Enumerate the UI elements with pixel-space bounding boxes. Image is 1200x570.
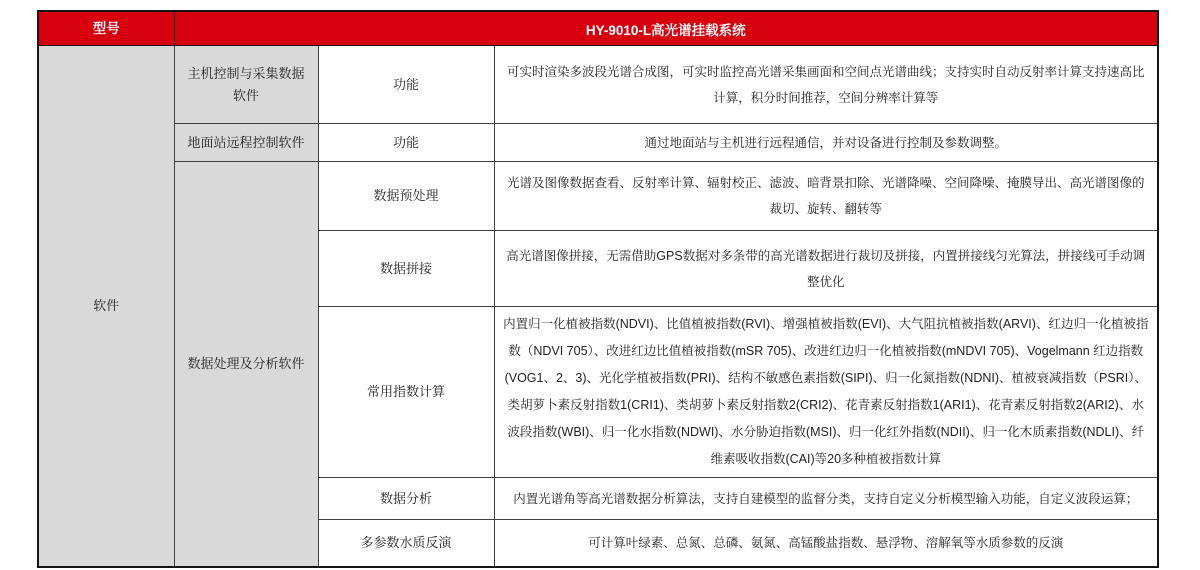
system-title-cell: HY-9010-L高光谱挂载系统 <box>174 11 1158 46</box>
item-cell-water-quality: 多参数水质反演 <box>318 520 494 567</box>
item-cell-preprocessing: 数据预处理 <box>318 162 494 231</box>
group-cell-data-processing: 数据处理及分析软件 <box>174 162 318 567</box>
desc-cell-stitching: 高光谱图像拼接，无需借助GPS数据对多条带的高光谱数据进行裁切及拼接，内置拼接线… <box>494 231 1158 307</box>
desc-cell-index-calculation: 内置归一化植被指数(NDVI)、比值植被指数(RVI)、增强植被指数(EVI)、… <box>494 307 1158 478</box>
desc-cell-ground-station: 通过地面站与主机进行远程通信，并对设备进行控制及参数调整。 <box>494 124 1158 162</box>
item-cell-index-calculation: 常用指数计算 <box>318 307 494 478</box>
document-page: 型号 HY-9010-L高光谱挂载系统 软件 主机控制与采集数据软件 功能 可实… <box>0 0 1200 570</box>
table-header-row: 型号 HY-9010-L高光谱挂载系统 <box>38 11 1158 46</box>
table-row: 软件 主机控制与采集数据软件 功能 可实时渲染多波段光谱合成图，可实时监控高光谱… <box>38 46 1158 124</box>
desc-cell-data-analysis: 内置光谱角等高光谱数据分析算法，支持自建模型的监督分类，支持自定义分析模型输入功… <box>494 478 1158 520</box>
desc-cell-water-quality: 可计算叶绿素、总氮、总磷、氨氮、高锰酸盐指数、悬浮物、溶解氧等水质参数的反演 <box>494 520 1158 567</box>
function-cell-ground: 功能 <box>318 124 494 162</box>
function-cell-host: 功能 <box>318 46 494 124</box>
group-cell-host-control: 主机控制与采集数据软件 <box>174 46 318 124</box>
desc-cell-preprocessing: 光谱及图像数据查看、反射率计算、辐射校正、滤波、暗背景扣除、光谱降噪、空间降噪、… <box>494 162 1158 231</box>
desc-cell-host-control: 可实时渲染多波段光谱合成图，可实时监控高光谱采集画面和空间点光谱曲线；支持实时自… <box>494 46 1158 124</box>
group-cell-ground-station: 地面站远程控制软件 <box>174 124 318 162</box>
item-cell-stitching: 数据拼接 <box>318 231 494 307</box>
item-cell-data-analysis: 数据分析 <box>318 478 494 520</box>
table-row: 数据处理及分析软件 数据预处理 光谱及图像数据查看、反射率计算、辐射校正、滤波、… <box>38 162 1158 231</box>
category-cell-software: 软件 <box>38 46 174 567</box>
spec-table: 型号 HY-9010-L高光谱挂载系统 软件 主机控制与采集数据软件 功能 可实… <box>37 10 1159 568</box>
model-header-cell: 型号 <box>38 11 174 46</box>
table-row: 地面站远程控制软件 功能 通过地面站与主机进行远程通信，并对设备进行控制及参数调… <box>38 124 1158 162</box>
